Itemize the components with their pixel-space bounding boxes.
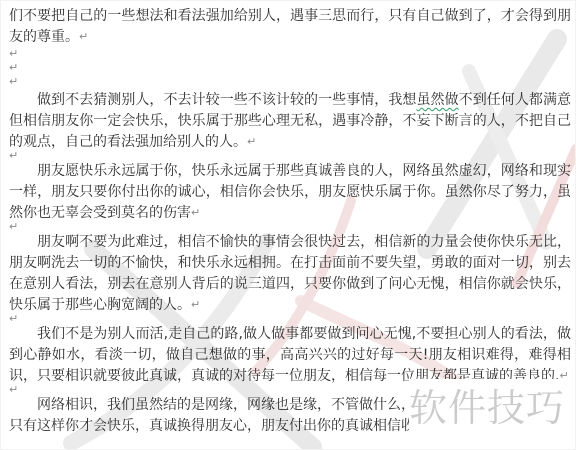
paragraph-mark: ↵ — [9, 386, 18, 394]
paragraph-3: 朋友愿快乐永远属于你，快乐永远属于那些真诚善良的人，网络虽然虚幻，网络和现实一样… — [9, 161, 571, 224]
document-page: 们不要把自己的一些想法和看法强加给别人，遇事三思而行，只有自己做到了，才会得到朋… — [0, 0, 576, 450]
document-body: 们不要把自己的一些想法和看法强加给别人，遇事三思而行，只有自己做到了，才会得到朋… — [9, 6, 571, 437]
paragraph-1: 们不要把自己的一些想法和看法强加给别人，遇事三思而行，只有自己做到了，才会得到朋… — [9, 6, 571, 48]
paragraph-2-text-before: 做到不去猜测别人，不去计较一些不该计较的一些事情，我想 — [37, 92, 416, 108]
paragraph-3-text: 朋友愿快乐永远属于你，快乐永远属于那些真诚善良的人，网络虽然虚幻，网络和现实一样… — [9, 163, 571, 221]
watermark-label: 软件技巧 — [409, 389, 565, 427]
empty-paragraph: ↵ — [9, 316, 571, 324]
paragraph-mark: ↵ — [191, 294, 200, 315]
paragraph-mark: ↵ — [79, 26, 88, 47]
paragraph-mark: ↵ — [191, 202, 200, 223]
empty-paragraph: ↵ — [9, 153, 571, 161]
spellcheck-underline: 虽然做 — [416, 92, 458, 108]
paragraph-1-text: 们不要把自己的一些想法和看法强加给别人，遇事三思而行，只有自己做到了，才会得到朋… — [9, 8, 571, 45]
paragraph-5: 我们不是为别人而活,走自己的路,做人做事都要做到问心无愧,不要担心别人的看法，做… — [9, 324, 571, 387]
paragraph-5-text: 我们不是为别人而活,走自己的路,做人做事都要做到问心无愧,不要担心别人的看法，做… — [9, 326, 571, 384]
paragraph-mark: ↵ — [247, 131, 256, 152]
empty-paragraph: ↵ — [9, 76, 571, 90]
paragraph-mark: ↵ — [9, 61, 18, 75]
paragraph-mark: ↵ — [9, 223, 18, 231]
empty-paragraph: ↵ — [9, 62, 571, 76]
paragraph-4: 朋友啊不要为此难过，相信不愉快的事情会很快过去，相信新的力量会使你快乐无比，朋友… — [9, 232, 571, 316]
paragraph-mark: ↵ — [9, 315, 18, 323]
paragraph-mark: ↵ — [9, 47, 18, 61]
empty-paragraph: ↵ — [9, 224, 571, 232]
watermark-box: 软件技巧 — [409, 379, 575, 437]
paragraph-mark: ↵ — [9, 75, 18, 89]
paragraph-4-text: 朋友啊不要为此难过，相信不愉快的事情会很快过去，相信新的力量会使你快乐无比，朋友… — [9, 234, 571, 313]
empty-paragraph: ↵ — [9, 48, 571, 62]
paragraph-mark: ↵ — [9, 152, 18, 160]
paragraph-2: 做到不去猜测别人，不去计较一些不该计较的一些事情，我想虽然做不到任何人都满意但相… — [9, 90, 571, 153]
